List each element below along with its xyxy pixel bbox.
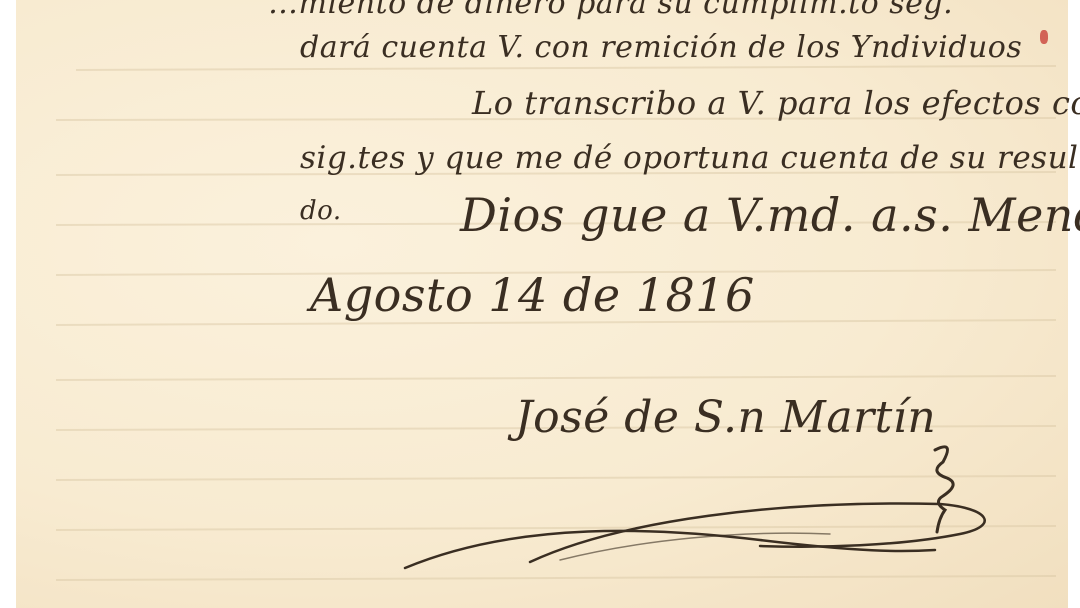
signature-flourish-icon bbox=[0, 0, 1080, 608]
